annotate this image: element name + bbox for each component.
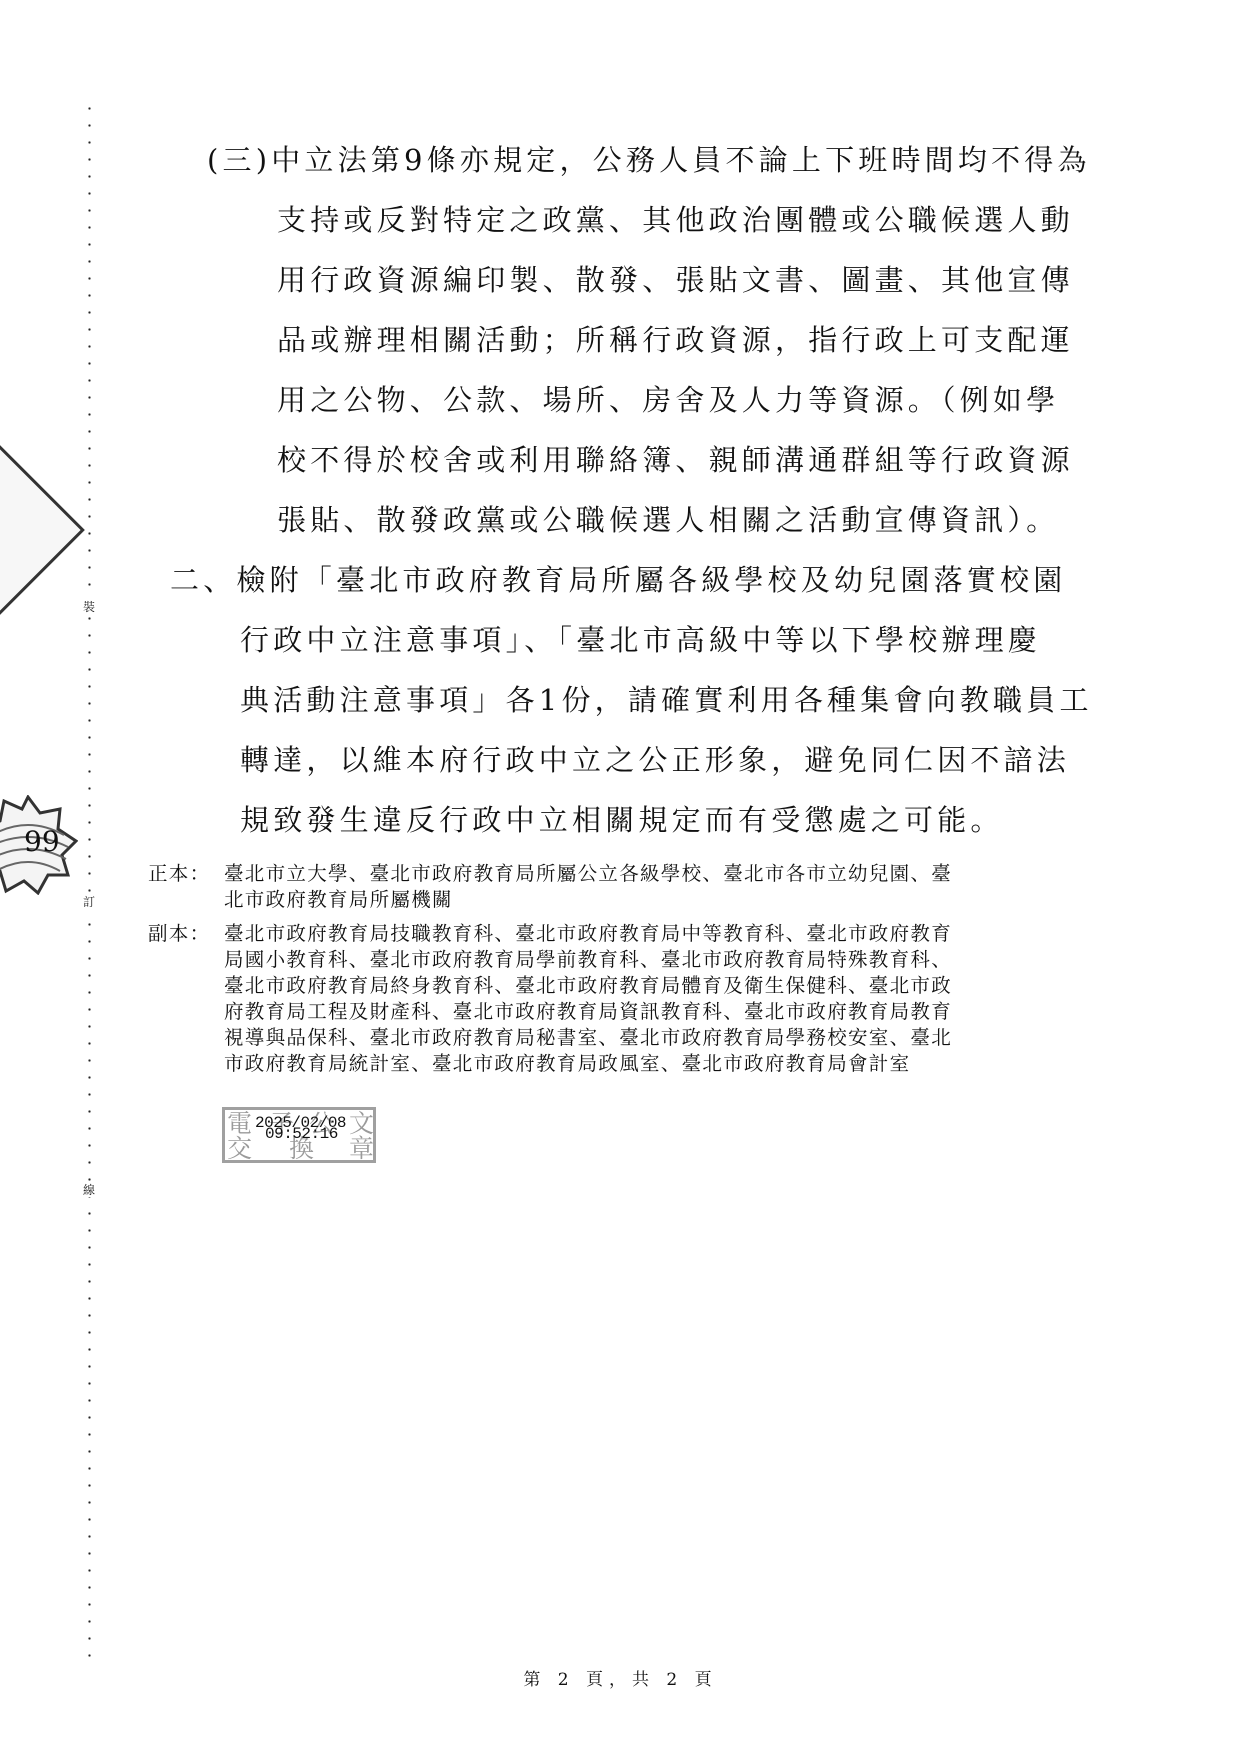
- section-2-line-5: 規致發生違反行政中立相關規定而有受懲處之可能。: [240, 803, 1004, 837]
- section-3-line-1: (三)中立法第9條亦規定，公務人員不論上下班時間均不得為: [207, 143, 1091, 177]
- section-2-line-1: 二、檢附「臺北市政府教育局所屬各級學校及幼兒園落實校園: [170, 563, 1066, 597]
- section-3-line-3: 用行政資源編印製、散發、張貼文書、圖畫、其他宣傳: [277, 263, 1074, 297]
- stamp-char: 文: [349, 1111, 374, 1136]
- copy-line-3: 臺北市政府教育局終身教育科、臺北市政府教育局體育及衛生保健科、臺北市政: [224, 974, 952, 998]
- copy-line-6: 市政府教育局統計室、臺北市政府教育局政風室、臺北市政府教育局會計室: [224, 1052, 910, 1076]
- stamp-char: 章: [349, 1136, 374, 1161]
- original-line-1: 臺北市立大學、臺北市政府教育局所屬公立各級學校、臺北市各市立幼兒園、臺: [224, 862, 952, 886]
- page-number: 第 2 頁，共 2 頁: [0, 1665, 1241, 1690]
- section-2-line-3: 典活動注意事項」各1份，請確實利用各種集會向教職員工: [240, 683, 1093, 717]
- diamond-seal-icon: [0, 445, 85, 615]
- binding-dotted-line: [88, 100, 91, 1670]
- original-label: 正本：: [148, 862, 210, 886]
- electronic-exchange-stamp: 電 子 公 文 交 換 章 2025/02/08 09:52:16: [222, 1107, 376, 1163]
- copy-line-2: 局國小教育科、臺北市政府教育局學前教育科、臺北市政府教育局特殊教育科、: [224, 948, 952, 972]
- section-3-line-4: 品或辦理相關活動；所稱行政資源，指行政上可支配運: [277, 323, 1074, 357]
- section-2-line-2: 行政中立注意事項」、「臺北市高級中等以下學校辦理慶: [240, 623, 1041, 657]
- copy-label: 副本：: [148, 922, 210, 946]
- copy-line-5: 視導與品保科、臺北市政府教育局秘書室、臺北市政府教育局學務校安室、臺北: [224, 1026, 952, 1050]
- section-3-line-5: 用之公物、公款、場所、房舍及人力等資源。（例如學: [277, 383, 1059, 417]
- copy-line-4: 府教育局工程及財產科、臺北市政府教育局資訊教育科、臺北市政府教育局教育: [224, 1000, 952, 1024]
- stamp-char: 電: [227, 1111, 252, 1136]
- binding-mark-ding: 訂: [82, 895, 96, 909]
- section-3-line-6: 校不得於校舍或利用聯絡簿、親師溝通群組等行政資源: [277, 443, 1074, 477]
- original-line-2: 北市政府教育局所屬機關: [224, 888, 453, 912]
- section-2-line-4: 轉達，以維本府行政中立之公正形象，避免同仁因不諳法: [240, 743, 1070, 777]
- round-seal-number: 99: [24, 825, 60, 858]
- binding-mark-zhuang: 裝: [82, 600, 96, 614]
- section-3-line-7: 張貼、散發政黨或公職候選人相關之活動宣傳資訊）。: [277, 503, 1059, 537]
- copy-line-1: 臺北市政府教育局技職教育科、臺北市政府教育局中等教育科、臺北市政府教育: [224, 922, 952, 946]
- stamp-time: 09:52:16: [265, 1127, 338, 1141]
- binding-mark-xian: 線: [82, 1183, 96, 1197]
- stamp-char: 交: [227, 1136, 252, 1161]
- section-3-line-2: 支持或反對特定之政黨、其他政治團體或公職候選人動: [277, 203, 1074, 237]
